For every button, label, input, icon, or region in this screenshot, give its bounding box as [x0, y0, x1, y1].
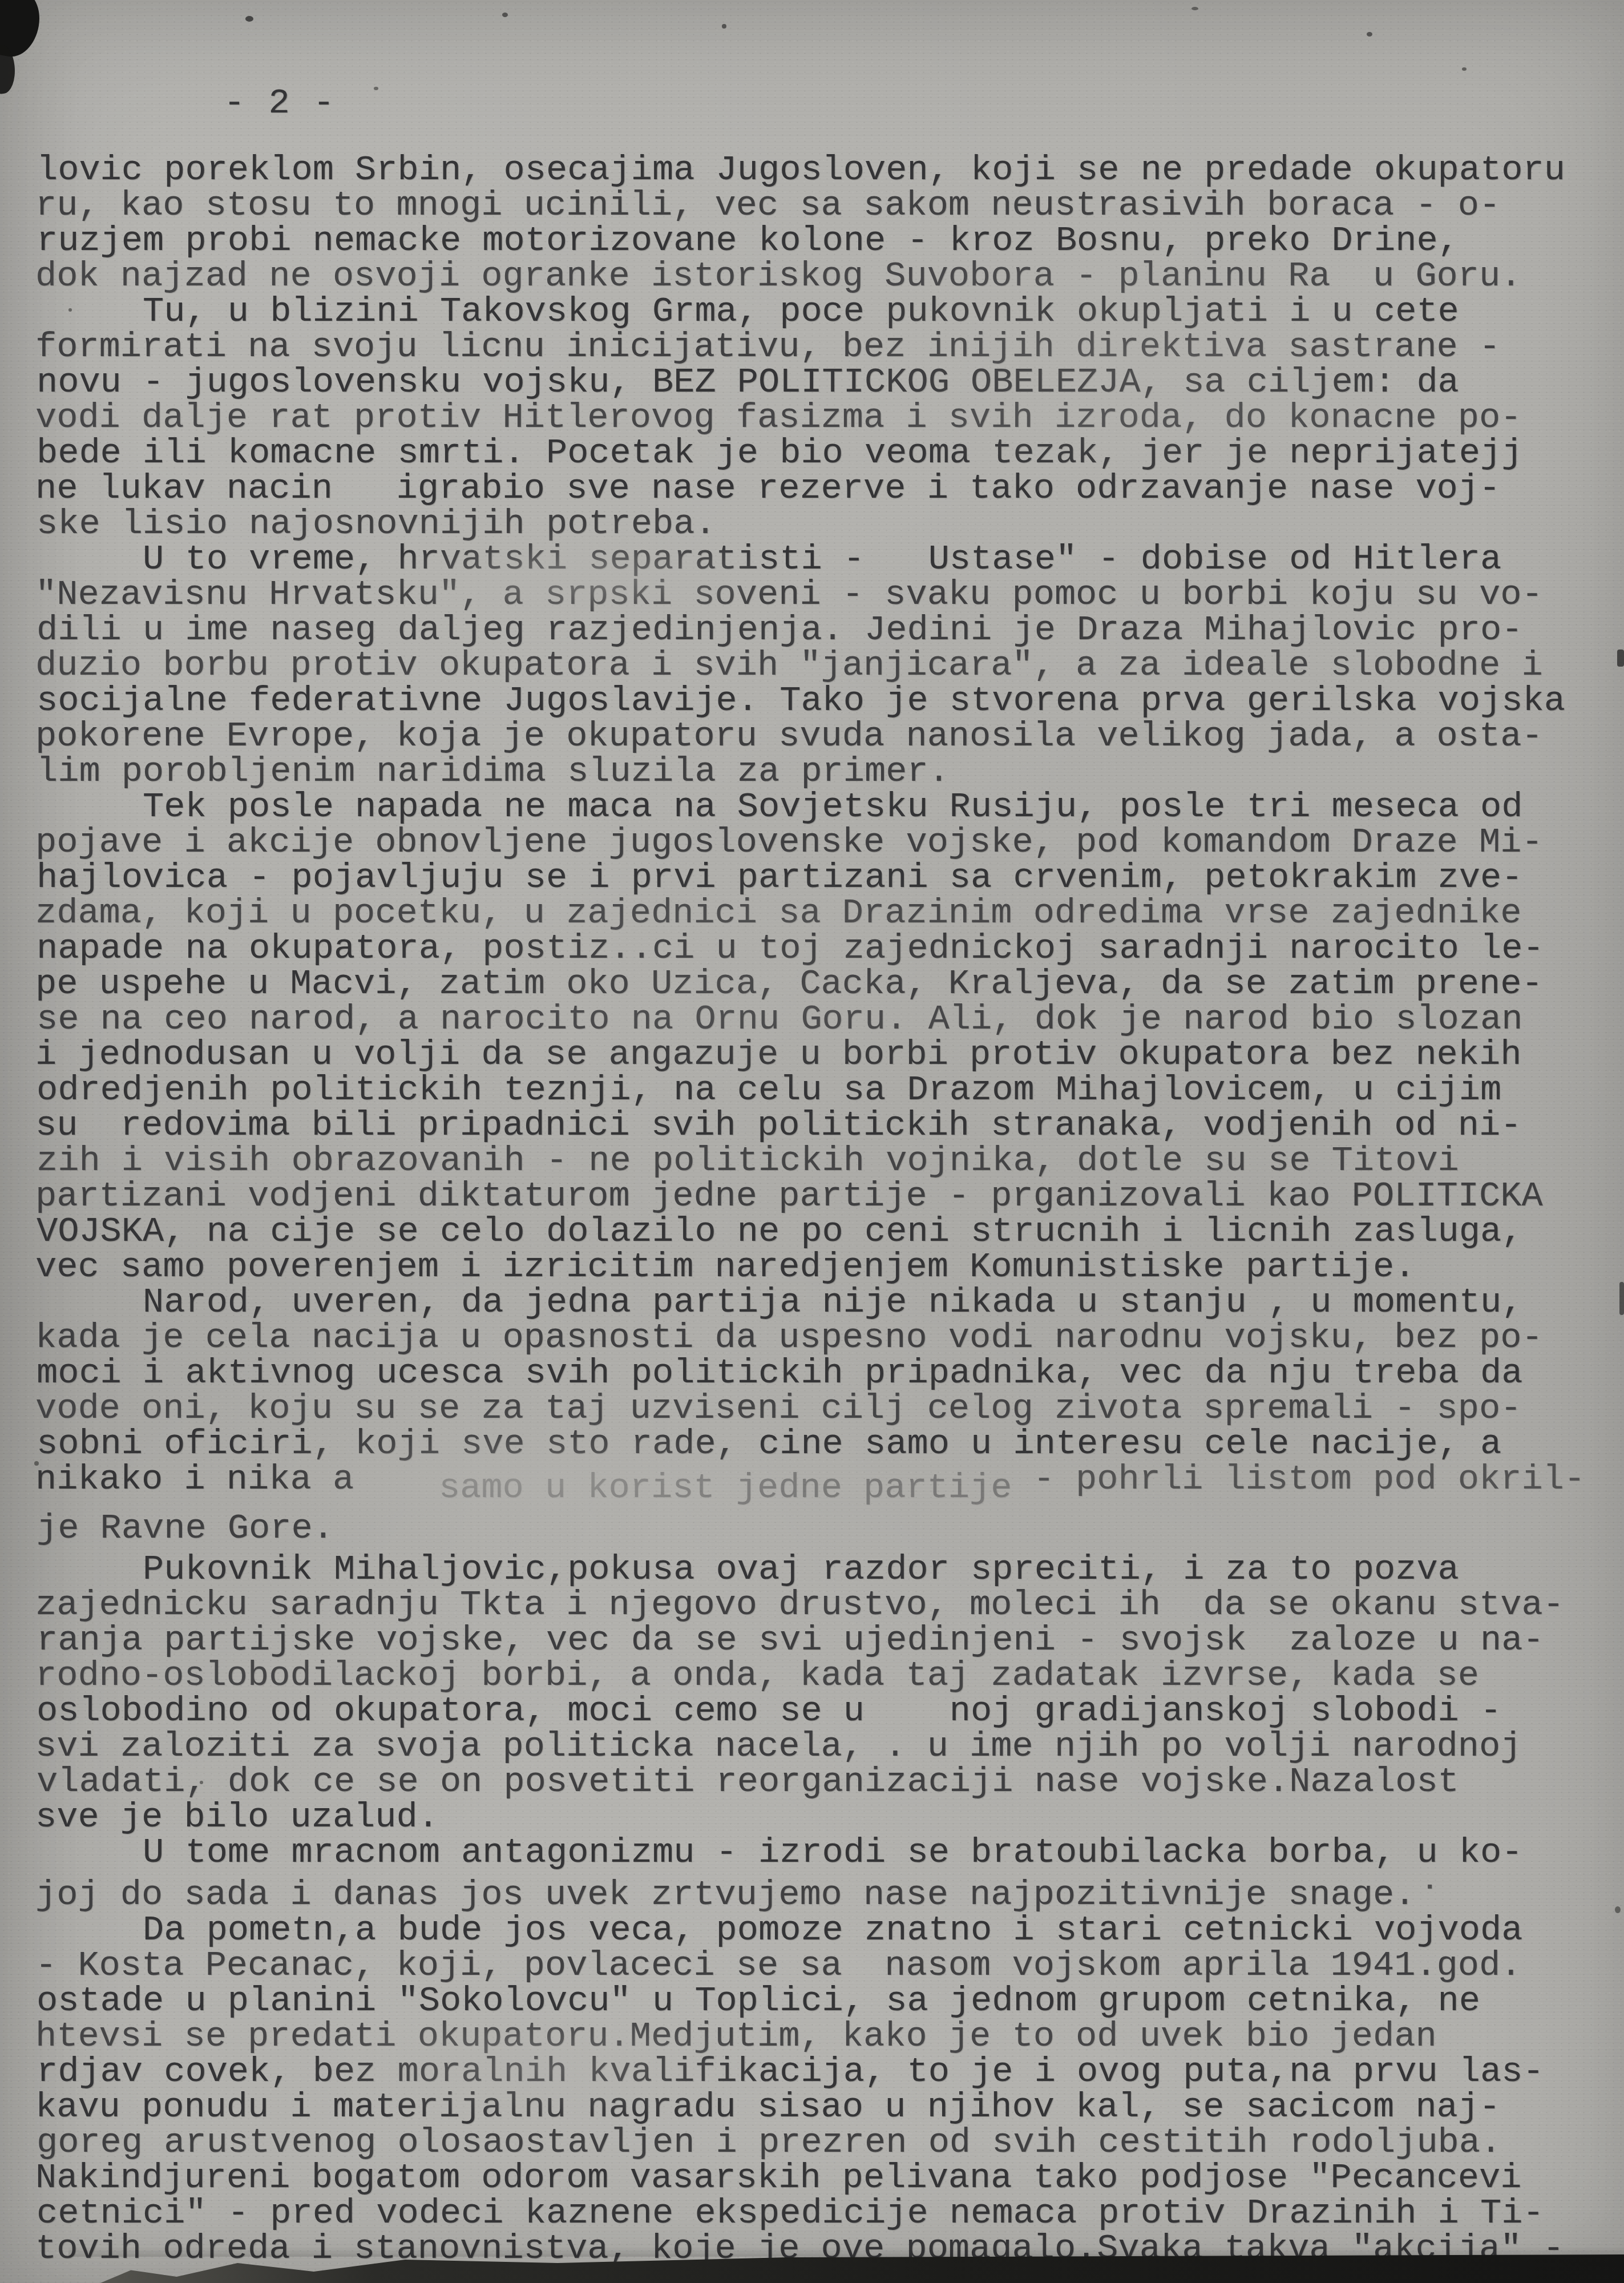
- text-line: ostade u planini "Sokolovcu" u Toplici, …: [37, 1983, 1624, 2019]
- text-line: rodno-oslobodilackoj borbi, a onda, kada…: [35, 1658, 1624, 1693]
- text-line: kada je cela nacija u opasnosti da uspes…: [35, 1320, 1624, 1356]
- text-line: vodi dalje rat protiv Hitlerovog fasizma…: [35, 400, 1624, 435]
- text-line: se na ceo narod, a narocito na Ornu Goru…: [37, 1002, 1624, 1037]
- text-line: duzio borbu protiv okupatora i svih "jan…: [35, 648, 1624, 683]
- paragraph: U tome mracnom antagonizmu - izrodi se b…: [35, 1835, 1624, 1913]
- text-segment: nikako i nika a: [35, 1459, 354, 1499]
- text-segment: samo u korist jedne partije: [354, 1467, 1033, 1508]
- text-line: ne lukav nacin igrabio sve nase rezerve …: [35, 471, 1624, 506]
- text-line: su redovima bili pripadnici svih politic…: [35, 1108, 1624, 1143]
- ink-speck: [68, 308, 72, 312]
- text-line: bede ili komacne smrti. Pocetak je bio v…: [37, 435, 1624, 471]
- text-line: dok najzad ne osvoji ogranke istoriskog …: [35, 259, 1624, 294]
- scan-edge-mark-right: [1617, 650, 1624, 667]
- text-line: "Nezavisnu Hrvatsku", a srpski soveni - …: [35, 577, 1624, 612]
- text-line: novu - jugoslovensku vojsku, BEZ POLITIC…: [37, 365, 1624, 400]
- paragraph: Tek posle napada ne maca na Sovjetsku Ru…: [35, 789, 1624, 1285]
- text-line: Pukovnik Mihaljovic,pokusa ovaj razdor s…: [37, 1552, 1624, 1587]
- text-line: cetnici" - pred vodeci kaznene ekspedici…: [37, 2196, 1624, 2231]
- text-line: pe uspehe u Macvi, zatim oko Uzica, Cack…: [35, 966, 1624, 1002]
- text-line: Tu, u blizini Takovskog Grma, poce pukov…: [37, 294, 1624, 329]
- ink-speck: [34, 1461, 39, 1466]
- paragraph: U to vreme, hrvatski separatisti - Ustas…: [35, 542, 1624, 789]
- text-line: socijalne federativne Jugoslavije. Tako …: [37, 683, 1624, 719]
- text-line: kavu ponudu i materijalnu nagradu sisao …: [35, 2090, 1624, 2125]
- text-line: U tome mracnom antagonizmu - izrodi se b…: [37, 1835, 1624, 1870]
- text-line: ruzjem probi nemacke motorizovane kolone…: [37, 223, 1624, 259]
- ink-speck: [502, 13, 508, 17]
- document-body: lovic poreklom Srbin, osecajima Jugoslov…: [35, 152, 1624, 2266]
- text-line: svi zaloziti za svoja politicka nacela, …: [35, 1729, 1624, 1764]
- text-line: ranja partijske vojske, vec da se svi uj…: [37, 1623, 1624, 1658]
- ink-speck: [245, 16, 253, 22]
- text-line: goreg arustvenog olosaostavljen i prezre…: [37, 2125, 1624, 2160]
- text-line: dili u ime naseg daljeg razjedinjenja. J…: [37, 612, 1624, 648]
- text-line: i jednodusan u volji da se angazuje u bo…: [35, 1037, 1624, 1072]
- text-line: vode oni, koju su se za taj uzviseni cil…: [35, 1391, 1624, 1426]
- scan-edge-mark-right: [1619, 1282, 1624, 1315]
- ink-speck: [722, 24, 726, 29]
- paragraph: lovic poreklom Srbin, osecajima Jugoslov…: [35, 152, 1624, 294]
- text-line: formirati na svoju licnu inicijativu, be…: [35, 329, 1624, 365]
- paragraph: Narod, uveren, da jedna partija nije nik…: [35, 1285, 1624, 1546]
- ink-speck: [200, 1781, 203, 1784]
- text-line: odredjenih politickih teznji, na celu sa…: [37, 1072, 1624, 1108]
- text-line: napade na okupatora, postiz..ci u toj za…: [37, 931, 1624, 966]
- text-line: je Ravne Gore.: [37, 1511, 1624, 1546]
- text-segment: ▪: [1415, 1879, 1434, 1897]
- text-line: zajednicku saradnju Tkta i njegovo drust…: [35, 1587, 1624, 1623]
- text-line: oslobodino od okupatora, moci cemo se u …: [37, 1693, 1624, 1729]
- text-line: vladati, dok ce se on posvetiti reorgani…: [37, 1764, 1624, 1800]
- ink-speck: [1462, 67, 1467, 71]
- text-line: moci i aktivnog ucesca svih politickih p…: [37, 1356, 1624, 1391]
- text-line: joj do sada i danas jos uvek zrtvujemo n…: [35, 1870, 1624, 1913]
- paragraph: Tu, u blizini Takovskog Grma, poce pukov…: [35, 294, 1624, 542]
- text-line: partizani vodjeni diktaturom jedne parti…: [35, 1179, 1624, 1214]
- text-line: ske lisio najosnovnijih potreba.: [37, 506, 1624, 542]
- text-line: VOJSKA, na cije se celo dolazilo ne po c…: [37, 1214, 1624, 1249]
- text-segment: joj do sada i danas jos uvek zrtvujemo n…: [35, 1874, 1415, 1915]
- text-segment: - pohrli listom pod okril-: [1033, 1459, 1585, 1499]
- text-line: vec samo poverenjem i izricitim naredjen…: [35, 1249, 1624, 1285]
- text-line: - Kosta Pecanac, koji, povlaceci se sa n…: [35, 1948, 1624, 1983]
- ink-speck: [1191, 7, 1198, 10]
- text-line: nikako i nika a samo u korist jedne part…: [35, 1462, 1624, 1497]
- text-line: zdama, koji u pocetku, u zajednici sa Dr…: [35, 896, 1624, 931]
- text-line: htevsi se predati okupatoru.Medjutim, ka…: [35, 2019, 1624, 2054]
- ink-speck: [374, 87, 378, 90]
- paragraph: Pukovnik Mihaljovic,pokusa ovaj razdor s…: [35, 1552, 1624, 1835]
- text-line: pokorene Evrope, koja je okupatoru svuda…: [35, 719, 1624, 754]
- ink-speck: [1367, 32, 1372, 37]
- paragraph: Da pometn,a bude jos veca, pomoze znatno…: [35, 1913, 1624, 2266]
- text-line: sobni oficiri, koji sve sto rade, cine s…: [37, 1426, 1624, 1462]
- text-line: U to vreme, hrvatski separatisti - Ustas…: [37, 542, 1624, 577]
- text-line: Da pometn,a bude jos veca, pomoze znatno…: [37, 1913, 1624, 1948]
- text-line: rdjav covek, bez moralnih kvalifikacija,…: [37, 2054, 1624, 2090]
- text-line: sve je bilo uzalud.: [35, 1800, 1624, 1835]
- scan-bottom-shadow: [68, 2246, 1624, 2257]
- text-line: Nakindjureni bogatom odorom vasarskih pe…: [35, 2160, 1624, 2196]
- text-line: ru, kao stosu to mnogi ucinili, vec sa s…: [35, 188, 1624, 223]
- text-line: pojave i akcije obnovljene jugoslovenske…: [35, 825, 1624, 860]
- text-line: hajlovica - pojavljuju se i prvi partiza…: [37, 860, 1624, 896]
- page-number: - 2 -: [224, 86, 1624, 121]
- text-line: lovic poreklom Srbin, osecajima Jugoslov…: [37, 152, 1624, 188]
- text-line: zih i visih obrazovanih - ne politickih …: [37, 1143, 1624, 1179]
- scan-edge-mark-right: [1615, 1906, 1621, 1913]
- text-line: Tek posle napada ne maca na Sovjetsku Ru…: [37, 789, 1624, 825]
- text-line: lim porobljenim naridima sluzila za prim…: [37, 754, 1624, 789]
- text-line: Narod, uveren, da jedna partija nije nik…: [37, 1285, 1624, 1320]
- scanned-page: - 2 - lovic poreklom Srbin, osecajima Ju…: [0, 0, 1624, 2283]
